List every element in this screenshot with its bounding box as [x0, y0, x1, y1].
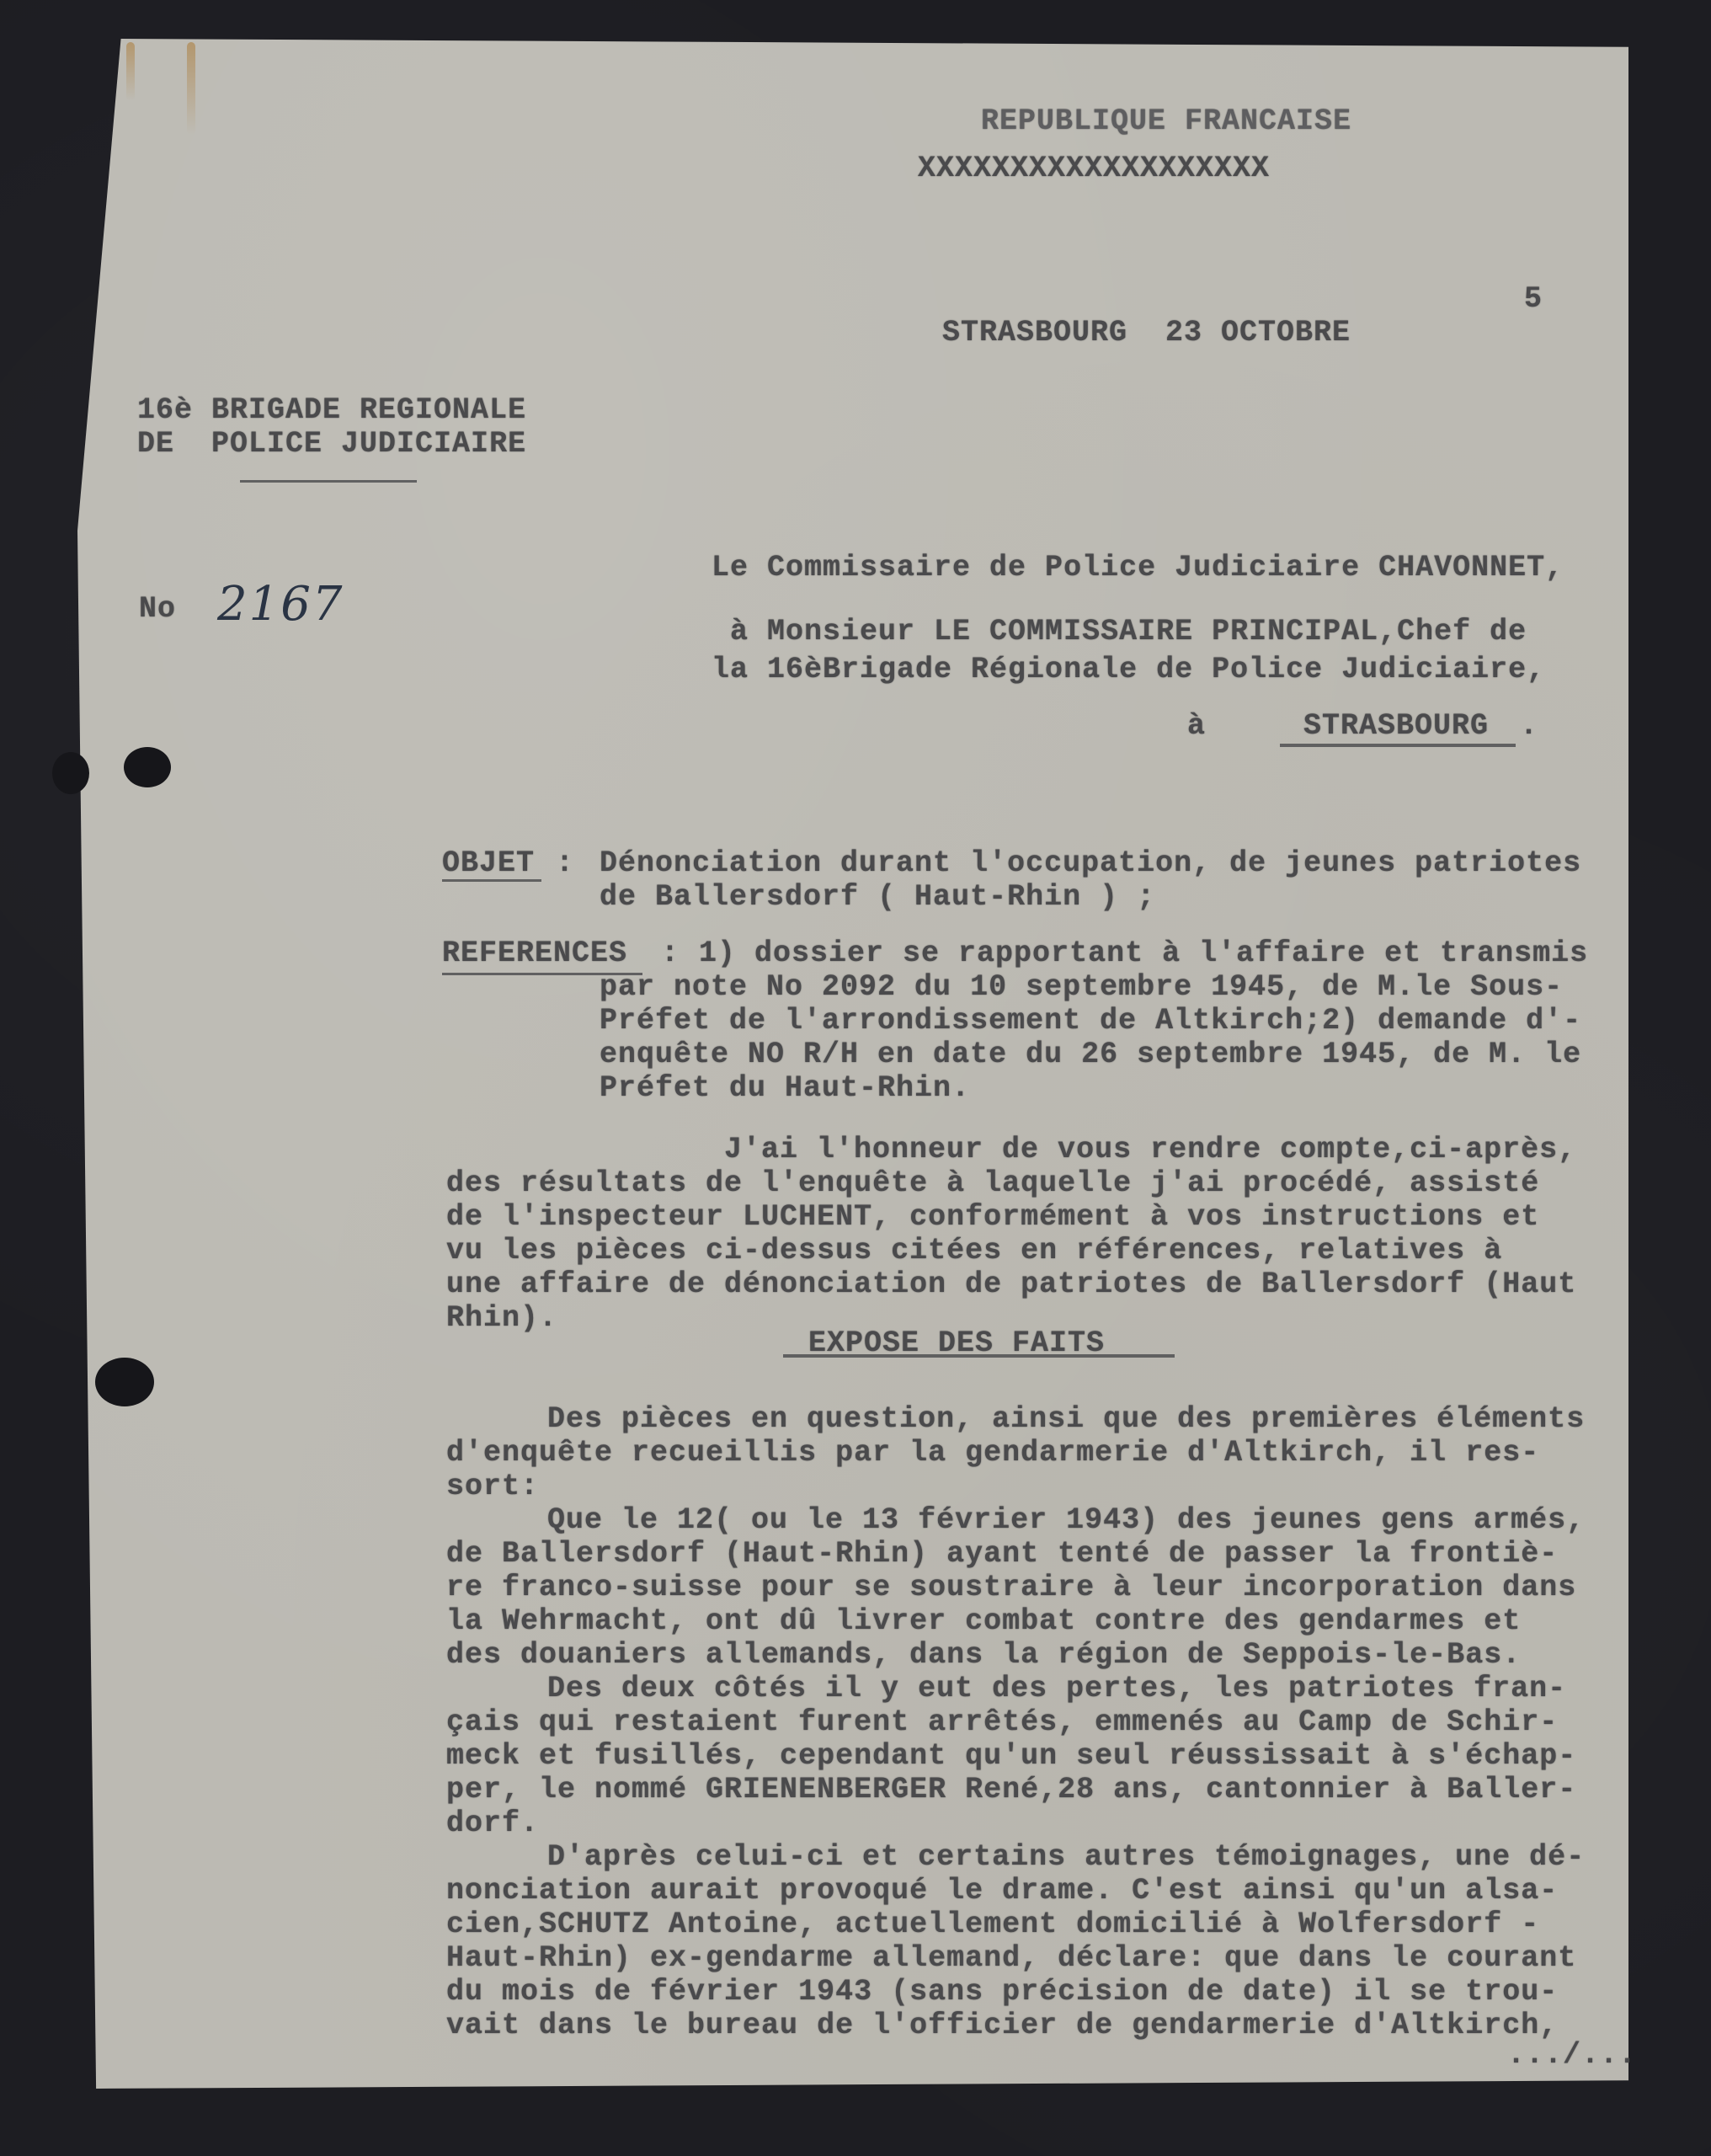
references-label: REFERENCES	[442, 937, 627, 970]
punch-hole	[95, 1358, 154, 1406]
punch-hole	[124, 747, 171, 787]
facts-p4-line-5: du mois de février 1943 (sans précision …	[446, 1975, 1558, 2009]
intro-line-2: des résultats de l'enquête à laquelle j'…	[446, 1166, 1539, 1200]
references-line-3: Préfet de l'arrondissement de Altkirch;2…	[600, 1004, 1581, 1038]
reference-number-label: No	[139, 592, 176, 626]
year-fragment: 5	[1524, 282, 1543, 316]
intro-line-4: vu les pièces ci-dessus citées en référe…	[446, 1234, 1502, 1267]
objet-line-2: de Ballersdorf ( Haut-Rhin ) ;	[600, 880, 1155, 914]
facts-p1-line-2: d'enquête recueillis par la gendarmerie …	[446, 1436, 1539, 1470]
date-line: 23 OCTOBRE	[1128, 282, 1351, 350]
facts-p2-line-5: des douaniers allemands, dans la région …	[446, 1638, 1521, 1672]
objet-label: OBJET	[442, 846, 535, 880]
facts-p2-line-2: de Ballersdorf (Haut-Rhin) ayant tenté d…	[446, 1537, 1558, 1571]
struck-out-line: XXXXXXXXXXXXXXXXXXX	[918, 152, 1270, 185]
intro-line-3: de l'inspecteur LUCHENT, conformément à …	[446, 1200, 1539, 1234]
facts-p3-line-2: çais qui restaient furent arrêtés, emmen…	[446, 1705, 1558, 1739]
objet-underline	[442, 879, 541, 882]
rust-stain	[126, 42, 135, 101]
objet-line-1: Dénonciation durant l'occupation, de jeu…	[600, 846, 1581, 880]
references-line-5: Préfet du Haut-Rhin.	[600, 1071, 970, 1105]
recipient-line-2: la 16èBrigade Régionale de Police Judici…	[712, 653, 1545, 686]
destination-prefix: à	[1187, 709, 1206, 743]
punch-hole	[52, 752, 89, 794]
destination-suffix: .	[1520, 709, 1538, 743]
issuer-line-2: DE POLICE JUDICIAIRE	[137, 427, 526, 461]
facts-p3-line-5: dorf.	[446, 1806, 539, 1840]
facts-p1-line-3: sort:	[446, 1470, 539, 1503]
references-line-1: 1) dossier se rapportant à l'affaire et …	[699, 937, 1588, 970]
sender-line: Le Commissaire de Police Judiciaire CHAV…	[712, 551, 1564, 584]
issuer-line-1: 16è BRIGADE REGIONALE	[137, 393, 526, 427]
place-line: STRASBOURG	[905, 282, 1127, 350]
objet-separator: :	[556, 846, 574, 880]
facts-p4-line-2: nonciation aurait provoqué le drame. C'e…	[446, 1874, 1558, 1908]
references-separator: :	[661, 937, 680, 970]
date: 23 OCTOBRE	[1165, 316, 1351, 350]
facts-p2-line-3: re franco-suisse pour se soustraire à le…	[446, 1571, 1576, 1604]
references-line-4: enquête NO R/H en date du 26 septembre 1…	[600, 1038, 1581, 1071]
facts-p3-line-3: meck et fusillés, cependant qu'un seul r…	[446, 1739, 1576, 1773]
handwritten-reference-number: 2167	[217, 577, 344, 632]
section-title-underline	[783, 1354, 1175, 1358]
republic-heading: REPUBLIQUE FRANCAISE	[981, 104, 1351, 138]
facts-p4-line-6: vait dans le bureau de l'officier de gen…	[446, 2009, 1558, 2042]
rust-stain	[187, 42, 195, 135]
continuation-mark: .../...	[1507, 2038, 1637, 2072]
facts-p4-line-4: Haut-Rhin) ex-gendarme allemand, déclare…	[446, 1941, 1576, 1975]
facts-p3-line-4: per, le nommé GRIENENBERGER René,28 ans,…	[446, 1773, 1576, 1806]
facts-p2-line-4: la Wehrmacht, ont dû livrer combat contr…	[446, 1604, 1521, 1638]
facts-p4-line-3: cien,SCHUTZ Antoine, actuellement domici…	[446, 1908, 1539, 1941]
facts-p1-line-1: Des pièces en question, ainsi que des pr…	[547, 1402, 1585, 1436]
destination-underline	[1280, 744, 1516, 747]
place: STRASBOURG	[942, 316, 1127, 350]
facts-p3-line-1: Des deux côtés il y eut des pertes, les …	[547, 1672, 1566, 1705]
issuer-rule	[240, 480, 417, 483]
recipient-line-1: à Monsieur LE COMMISSAIRE PRINCIPAL,Chef…	[730, 615, 1527, 648]
facts-p2-line-1: Que le 12( ou le 13 février 1943) des je…	[547, 1503, 1585, 1537]
intro-line-6: Rhin).	[446, 1301, 557, 1335]
intro-line-1: J'ai l'honneur de vous rendre compte,ci-…	[724, 1133, 1576, 1166]
references-line-2: par note No 2092 du 10 septembre 1945, d…	[600, 970, 1563, 1004]
destination-city: STRASBOURG	[1303, 709, 1489, 743]
intro-line-5: une affaire de dénonciation de patriotes…	[446, 1267, 1576, 1301]
facts-p4-line-1: D'après celui-ci et certains autres témo…	[547, 1840, 1585, 1874]
